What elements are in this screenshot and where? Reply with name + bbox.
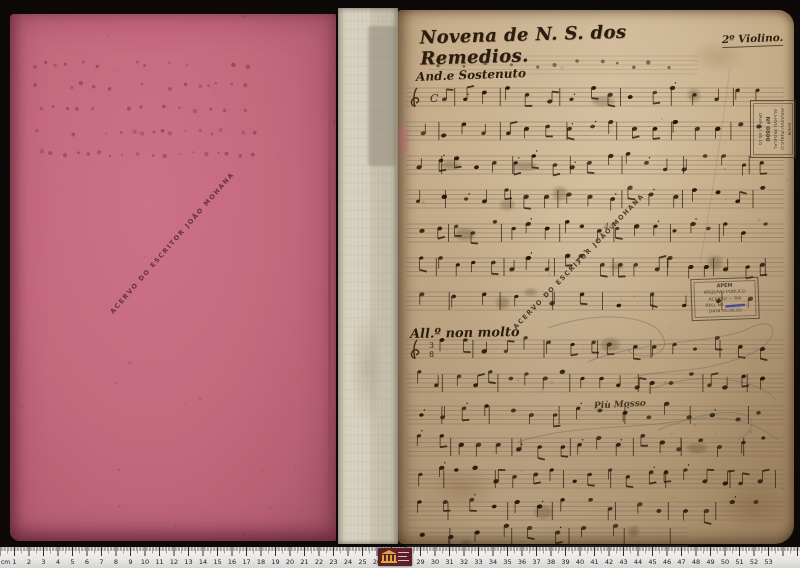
ruler-number: 6: [81, 558, 93, 566]
corner-registry-stamp-inner: APEM ARQUIVO PÚBLICO ACERVO MUSICAL Nº 0…: [753, 103, 793, 155]
book-cover-left: ACERVO DO ESCRITOR JOÃO MOHANA: [10, 14, 336, 541]
spine-stain: [350, 308, 384, 428]
spine-glue-patch: [368, 26, 396, 166]
ruler-number: 9: [125, 558, 137, 566]
ruler-number: 33: [473, 558, 485, 566]
stamp-line: APEM: [784, 104, 791, 154]
corner-registry-stamp: APEM ARQUIVO PÚBLICO ACERVO MUSICAL Nº 0…: [750, 100, 796, 158]
ruler-number: 45: [647, 558, 659, 566]
ruler-number: 37: [531, 558, 543, 566]
stamp-line: DATA 27.06.05: [756, 104, 763, 154]
ruler-number: 41: [589, 558, 601, 566]
ruler-number: 24: [342, 558, 354, 566]
ruler-number: 51: [734, 558, 746, 566]
ruler-number: 38: [545, 558, 557, 566]
stamp-line: ACERVO MUSICAL: [771, 104, 778, 154]
ruler-number: 53: [763, 558, 775, 566]
ruler-number: 30: [429, 558, 441, 566]
ruler-number: 18: [255, 558, 267, 566]
ruler-number: 44: [632, 558, 644, 566]
ruler-number: 3: [38, 558, 50, 566]
ruler-number: 13: [183, 558, 195, 566]
ruler-number: 21: [299, 558, 311, 566]
ruler-number: 29: [415, 558, 427, 566]
ruler-number: 16: [226, 558, 238, 566]
ruler-number: 23: [328, 558, 340, 566]
tempo-marking-allegro: All.º non molto: [410, 325, 520, 342]
ruler-number: 34: [487, 558, 499, 566]
building-icon: [380, 550, 398, 564]
stamp-line: Nº 0800: [763, 104, 771, 154]
ruler-number: 19: [270, 558, 282, 566]
ruler-number: 48: [690, 558, 702, 566]
registry-stamp: APEM ARQUIVO PÚBLICO ACERVO — MA REG. Nº…: [690, 277, 759, 321]
measurement-ruler: cm 1234567891011121314151617181920212223…: [0, 547, 800, 568]
ruler-number: 22: [313, 558, 325, 566]
ruler-number: 7: [96, 558, 108, 566]
ruler-number: 40: [574, 558, 586, 566]
ruler-number: 11: [154, 558, 166, 566]
handwritten-registry-ink: [725, 304, 745, 308]
ruler-number: 52: [748, 558, 760, 566]
ruler-number: 10: [139, 558, 151, 566]
bleed-through-marks: [10, 14, 336, 541]
ruler-number: 32: [458, 558, 470, 566]
ruler-number: 2: [23, 558, 35, 566]
ruler-number: 17: [241, 558, 253, 566]
ruler-number: 50: [719, 558, 731, 566]
ruler-number: 1: [9, 558, 21, 566]
ruler-number: 42: [603, 558, 615, 566]
ruler-number: 39: [560, 558, 572, 566]
logo-text-line: [398, 552, 409, 553]
ruler-number: 46: [661, 558, 673, 566]
cover-crease: [328, 14, 331, 541]
book-spine: [338, 8, 398, 544]
scanned-manuscript: ACERVO DO ESCRITOR JOÃO MOHANA C38 Noven…: [0, 0, 800, 568]
piece-title: Novena de N. S. dos Remedios.: [419, 19, 740, 70]
ruler-number: 8: [110, 558, 122, 566]
ruler-number: 47: [676, 558, 688, 566]
ruler-number: 31: [444, 558, 456, 566]
part-label: 2º Violino.: [722, 32, 784, 48]
ruler-number: 49: [705, 558, 717, 566]
ruler-number: 36: [516, 558, 528, 566]
archive-logo: [378, 548, 412, 566]
ruler-number: 14: [197, 558, 209, 566]
ruler-number: 12: [168, 558, 180, 566]
ruler-number: 25: [357, 558, 369, 566]
stamp-line: ARQUIVO PÚBLICO: [778, 104, 785, 154]
registry-stamp-inner: APEM ARQUIVO PÚBLICO ACERVO — MA REG. Nº…: [693, 280, 756, 318]
ruler-number: 5: [67, 558, 79, 566]
logo-text-line: [398, 560, 409, 561]
ruler-number: 43: [618, 558, 630, 566]
logo-text-line: [398, 556, 407, 557]
manuscript-page: C38 Novena de N. S. dos Remedios. 2º Vio…: [398, 10, 794, 544]
ruler-number: 4: [52, 558, 64, 566]
ruler-number: 20: [284, 558, 296, 566]
ruler-number: 15: [212, 558, 224, 566]
stamp-date-line: DATA 05.06.05: [695, 308, 755, 317]
ruler-number: 35: [502, 558, 514, 566]
